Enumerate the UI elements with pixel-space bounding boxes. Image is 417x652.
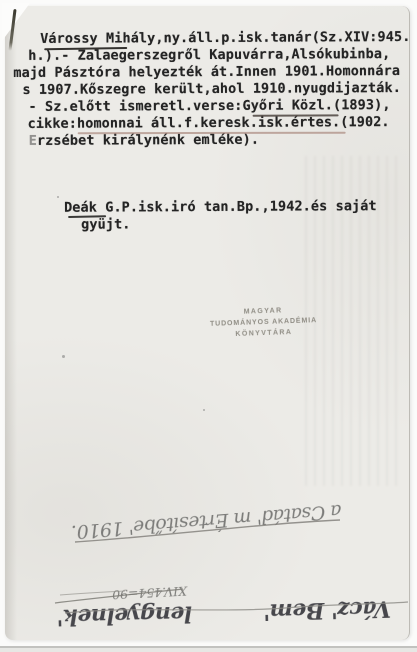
paper-speck [57, 196, 59, 198]
scan-edge-gap [0, 648, 417, 652]
typed-line: Erzsébet királynénk emléke). [29, 132, 259, 150]
typed-line: majd Pásztóra helyezték át.Innen 1901.Ho… [13, 63, 400, 82]
paper-speck [203, 409, 205, 411]
handwritten-note-upside-down: a Csatád' m Értesítőbe' 1910. [57, 500, 343, 544]
typed-line: Várossy Mihály,ny.áll.p.isk.tanár(Sz.XIV… [40, 29, 410, 48]
underline-stroke-homonnai [78, 132, 346, 134]
typed-line: s 1907.Kőszegre került,ahol 1910.nyugdij… [22, 80, 401, 99]
faded-letter-patch [28, 134, 38, 147]
typed-line: Deák G.P.isk.iró tan.Bp.,1942.és saját [64, 198, 377, 217]
scanned-catalog-card: Várossy Mihály,ny.áll.p.isk.tanár(Sz.XIV… [5, 6, 410, 640]
typewritten-text-block: Várossy Mihály,ny.áll.p.isk.tanár(Sz.XIV… [5, 5, 409, 7]
library-stamp: MAGYAR TUDOMÁNYOS AKADÉMIA KÖNYVTÁRA [190, 303, 336, 341]
typed-line: - Sz.előtt ismeretl.verse:Győri Közl.(18… [28, 97, 390, 116]
typed-line: gyüjt. [81, 216, 130, 233]
paper-speck [62, 355, 65, 358]
typed-line: cikke:homonnai áll.f.keresk.isk.értes.(1… [28, 114, 390, 133]
